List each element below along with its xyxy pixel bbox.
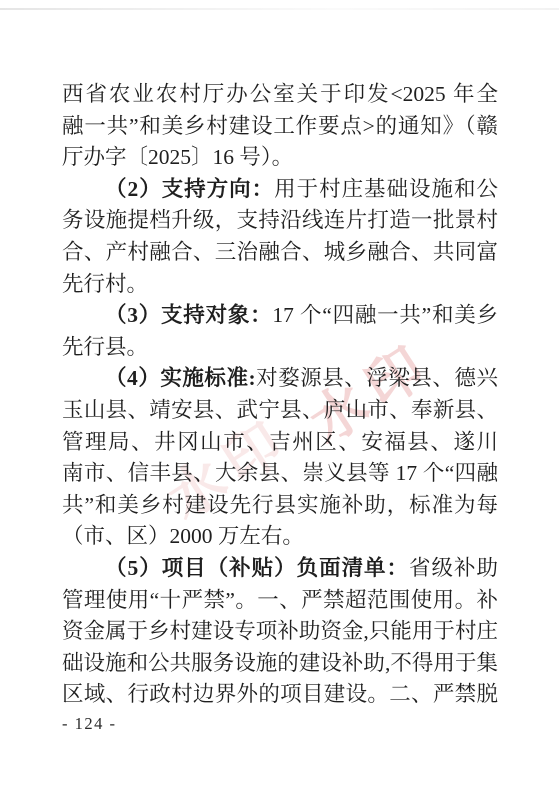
text-line: 务设施提档升级，支持沿线连片打造一批景村融 [62, 205, 498, 237]
text-line: 融一共”和美乡村建设工作要点>的通知》（赣农 [62, 111, 498, 143]
text-segment: 础设施和公共服务设施的建设补助,不得用于集镇 [62, 651, 498, 680]
bold-text-segment: （3）支持对象： [105, 303, 272, 327]
text-segment: 管理局、井冈山市、吉州区、安福县、遂川县、龙 [62, 430, 498, 459]
text-segment: 合、产村融合、三治融合、城乡融合、共同富裕的 [62, 240, 498, 269]
text-segment: 区域、行政村边界外的项目建设。二、严禁脱离实 [62, 682, 498, 711]
text-segment: 先行村。 [62, 272, 148, 296]
text-line: 资金属于乡村建设专项补助资金,只能用于村庄基 [62, 616, 498, 648]
bold-text-segment: （4）实施标准: [105, 366, 256, 390]
text-line: 管理局、井冈山市、吉州区、安福县、遂川县、龙 [62, 427, 498, 459]
text-segment: 厅办字〔2025〕16 号）。 [62, 145, 293, 169]
document-page: 水印 水印 西省农业农村厅办公室关于印发<2025 年全省“四融一共”和美乡村建… [0, 0, 559, 793]
text-line: （4）实施标准:对婺源县、浮梁县、德兴市、 [62, 363, 498, 395]
text-segment: 务设施提档升级，支持沿线连片打造一批景村融 [62, 208, 498, 237]
text-line: 础设施和公共服务设施的建设补助,不得用于集镇 [62, 648, 498, 680]
text-segment: 融一共”和美乡村建设工作要点>的通知》（赣农 [62, 114, 498, 143]
text-segment: 先行县。 [62, 335, 148, 359]
text-line: 玉山县、靖安县、武宁县、庐山市、奉新县、湾里 [62, 395, 498, 427]
text-segment: 资金属于乡村建设专项补助资金,只能用于村庄基 [62, 619, 498, 648]
text-segment: （市、区）2000 万左右。 [62, 524, 304, 548]
text-line: 南市、信丰县、大余县、崇义县等 17 个“四融一 [62, 458, 498, 490]
text-segment: 玉山县、靖安县、武宁县、庐山市、奉新县、湾里 [62, 398, 498, 427]
text-line: 区域、行政村边界外的项目建设。二、严禁脱离实 [62, 679, 498, 711]
text-line: 共”和美乡村建设先行县实施补助，标准为每个县 [62, 490, 498, 522]
text-line: 厅办字〔2025〕16 号）。 [62, 142, 498, 174]
text-line: （5）项目（补贴）负面清单：省级补助资金 [62, 553, 498, 585]
page-number: - 124 - [62, 714, 117, 734]
bold-text-segment: （2）支持方向： [105, 177, 274, 201]
text-segment: 南市、信丰县、大余县、崇义县等 17 个“四融一 [62, 461, 498, 490]
text-line: 合、产村融合、三治融合、城乡融合、共同富裕的 [62, 237, 498, 269]
text-line: （3）支持对象：17 个“四融一共”和美乡村 [62, 300, 498, 332]
text-segment: 管理使用“十严禁”。一、严禁超范围使用。补助 [62, 588, 498, 617]
text-line: 管理使用“十严禁”。一、严禁超范围使用。补助 [62, 585, 498, 617]
text-line: 先行村。 [62, 269, 498, 301]
text-line: （市、区）2000 万左右。 [62, 521, 498, 553]
text-line: 先行县。 [62, 332, 498, 364]
text-line: 西省农业农村厅办公室关于印发<2025 年全省“四 [62, 79, 498, 111]
text-segment: 西省农业农村厅办公室关于印发<2025 年全省“四 [62, 82, 498, 111]
text-line: （2）支持方向：用于村庄基础设施和公共服 [62, 174, 498, 206]
bold-text-segment: （5）项目（补贴）负面清单： [105, 556, 409, 580]
text-segment: 共”和美乡村建设先行县实施补助，标准为每个县 [62, 493, 498, 522]
scan-artifact [0, 8, 559, 10]
document-body: 西省农业农村厅办公室关于印发<2025 年全省“四融一共”和美乡村建设工作要点>… [62, 79, 498, 711]
